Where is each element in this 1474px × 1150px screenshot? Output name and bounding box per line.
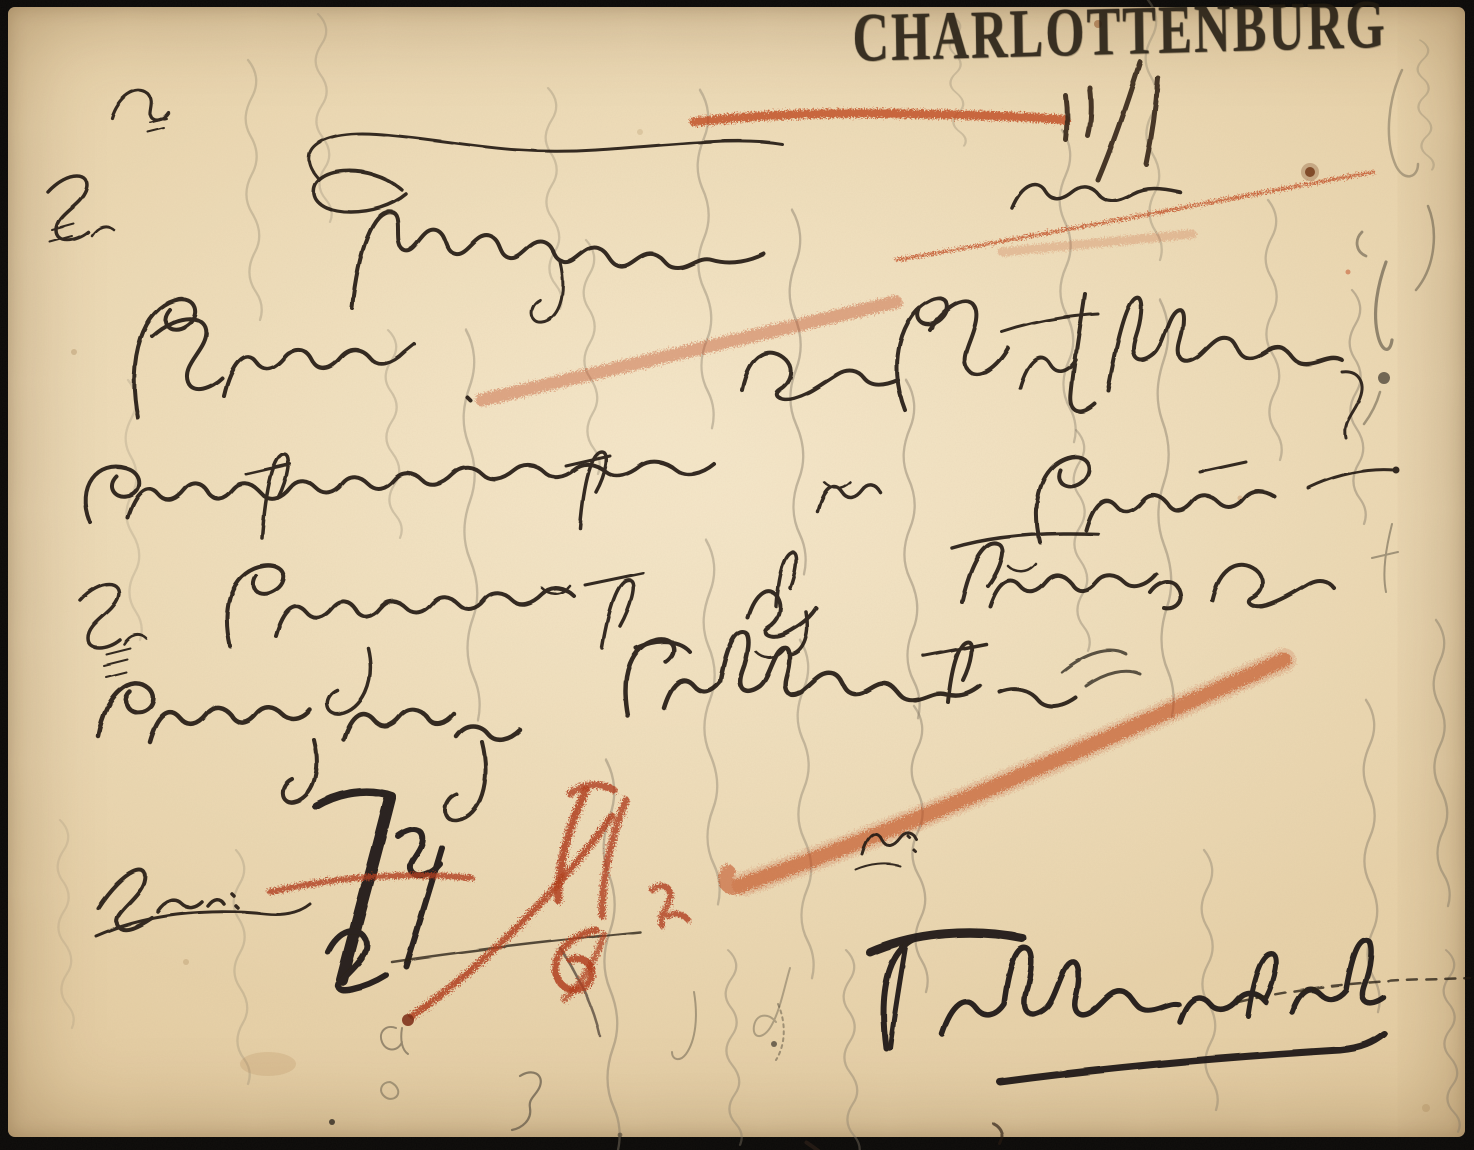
red-chalk-figure-hook [570,785,614,794]
red-chalk-arrow-tip [402,1014,414,1026]
red-chalk-figure-loop [555,930,596,990]
red-chalk-strike-through-rate [270,875,472,892]
red-chalk-small-figure [652,886,688,926]
red-chalk-over-layer [0,0,1474,1150]
